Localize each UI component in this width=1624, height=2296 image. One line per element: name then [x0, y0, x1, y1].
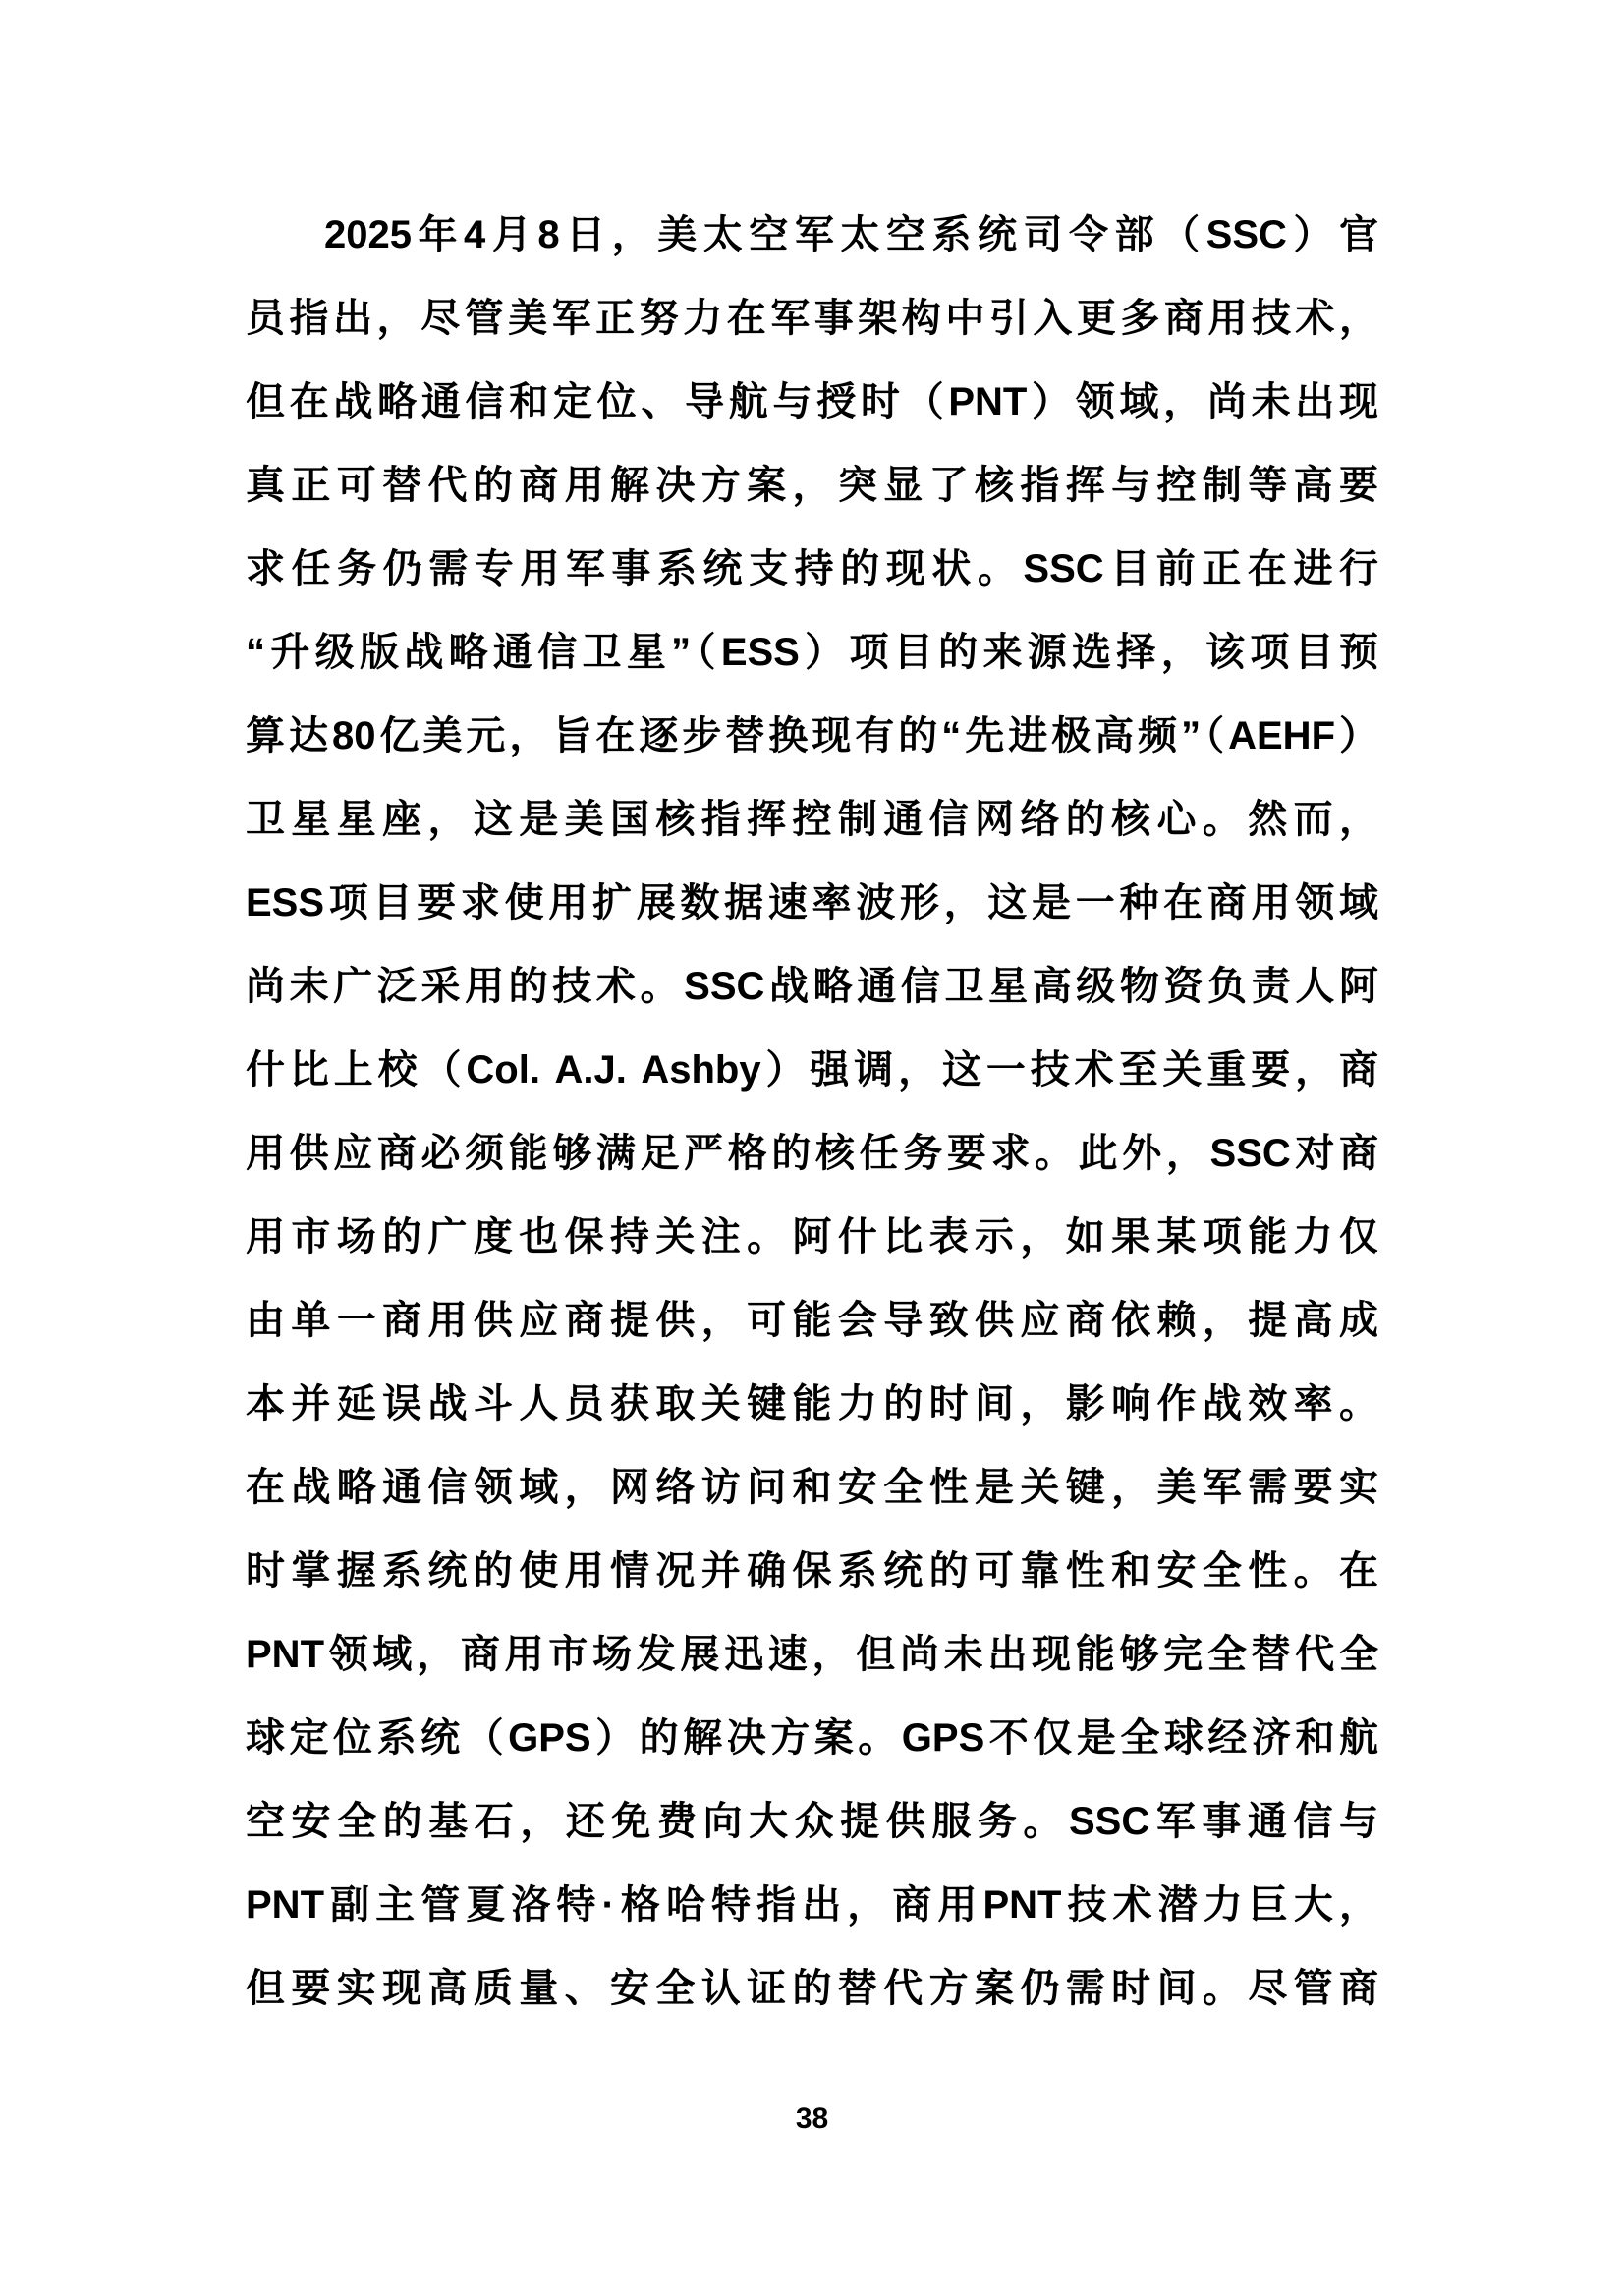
- paragraph-line: PNT副主管夏洛特·格哈特指出，商用PNT技术潜力巨大，: [246, 1864, 1378, 1947]
- paragraph-line: 空安全的基石，还免费向大众提供服务。SSC军事通信与: [246, 1780, 1378, 1864]
- paragraph-line: 员指出，尽管美军正努力在军事架构中引入更多商用技术，: [246, 277, 1378, 361]
- paragraph-line: 尚未广泛采用的技术。SSC战略通信卫星高级物资负责人阿: [246, 945, 1378, 1029]
- paragraph-line: 真正可替代的商用解决方案，突显了核指挥与控制等高要: [246, 444, 1378, 528]
- paragraph-line: 球定位系统（GPS）的解决方案。GPS不仅是全球经济和航: [246, 1697, 1378, 1780]
- paragraph-line: 卫星星座，这是美国核指挥控制通信网络的核心。然而，: [246, 778, 1378, 862]
- paragraph-line: 但在战略通信和定位、导航与授时（PNT）领域，尚未出现: [246, 361, 1378, 444]
- paragraph-line: 什比上校（Col. A.J. Ashby）强调，这一技术至关重要，商: [246, 1029, 1378, 1112]
- paragraph-line: 2025年4月8日，美太空军太空系统司令部（SSC）官: [246, 194, 1378, 277]
- paragraph-line: 但要实现高质量、安全认证的替代方案仍需时间。尽管商: [246, 1947, 1378, 2031]
- paragraph-line: 用供应商必须能够满足严格的核任务要求。此外，SSC对商: [246, 1112, 1378, 1196]
- paragraph-line: 本并延误战斗人员获取关键能力的时间，影响作战效率。: [246, 1363, 1378, 1446]
- paragraph: 2025年4月8日，美太空军太空系统司令部（SSC）官 员指出，尽管美军正努力在…: [246, 194, 1378, 2031]
- paragraph-line: ESS项目要求使用扩展数据速率波形，这是一种在商用领域: [246, 862, 1378, 945]
- paragraph-line: 由单一商用供应商提供，可能会导致供应商依赖，提高成: [246, 1279, 1378, 1363]
- paragraph-line: 时掌握系统的使用情况并确保系统的可靠性和安全性。在: [246, 1530, 1378, 1613]
- paragraph-line: 用市场的广度也保持关注。阿什比表示，如果某项能力仅: [246, 1196, 1378, 1279]
- page-number: 38: [0, 2102, 1624, 2136]
- paragraph-line: 在战略通信领域，网络访问和安全性是关键，美军需要实: [246, 1446, 1378, 1530]
- paragraph-line: PNT领域，商用市场发展迅速，但尚未出现能够完全替代全: [246, 1613, 1378, 1697]
- paragraph-line: “升级版战略通信卫星”（ESS）项目的来源选择，该项目预: [246, 611, 1378, 695]
- paragraph-line: 算达80亿美元，旨在逐步替换现有的“先进极高频”（AEHF）: [246, 695, 1378, 778]
- document-page: 2025年4月8日，美太空军太空系统司令部（SSC）官 员指出，尽管美军正努力在…: [0, 0, 1624, 2296]
- paragraph-line: 求任务仍需专用军事系统支持的现状。SSC目前正在进行: [246, 528, 1378, 611]
